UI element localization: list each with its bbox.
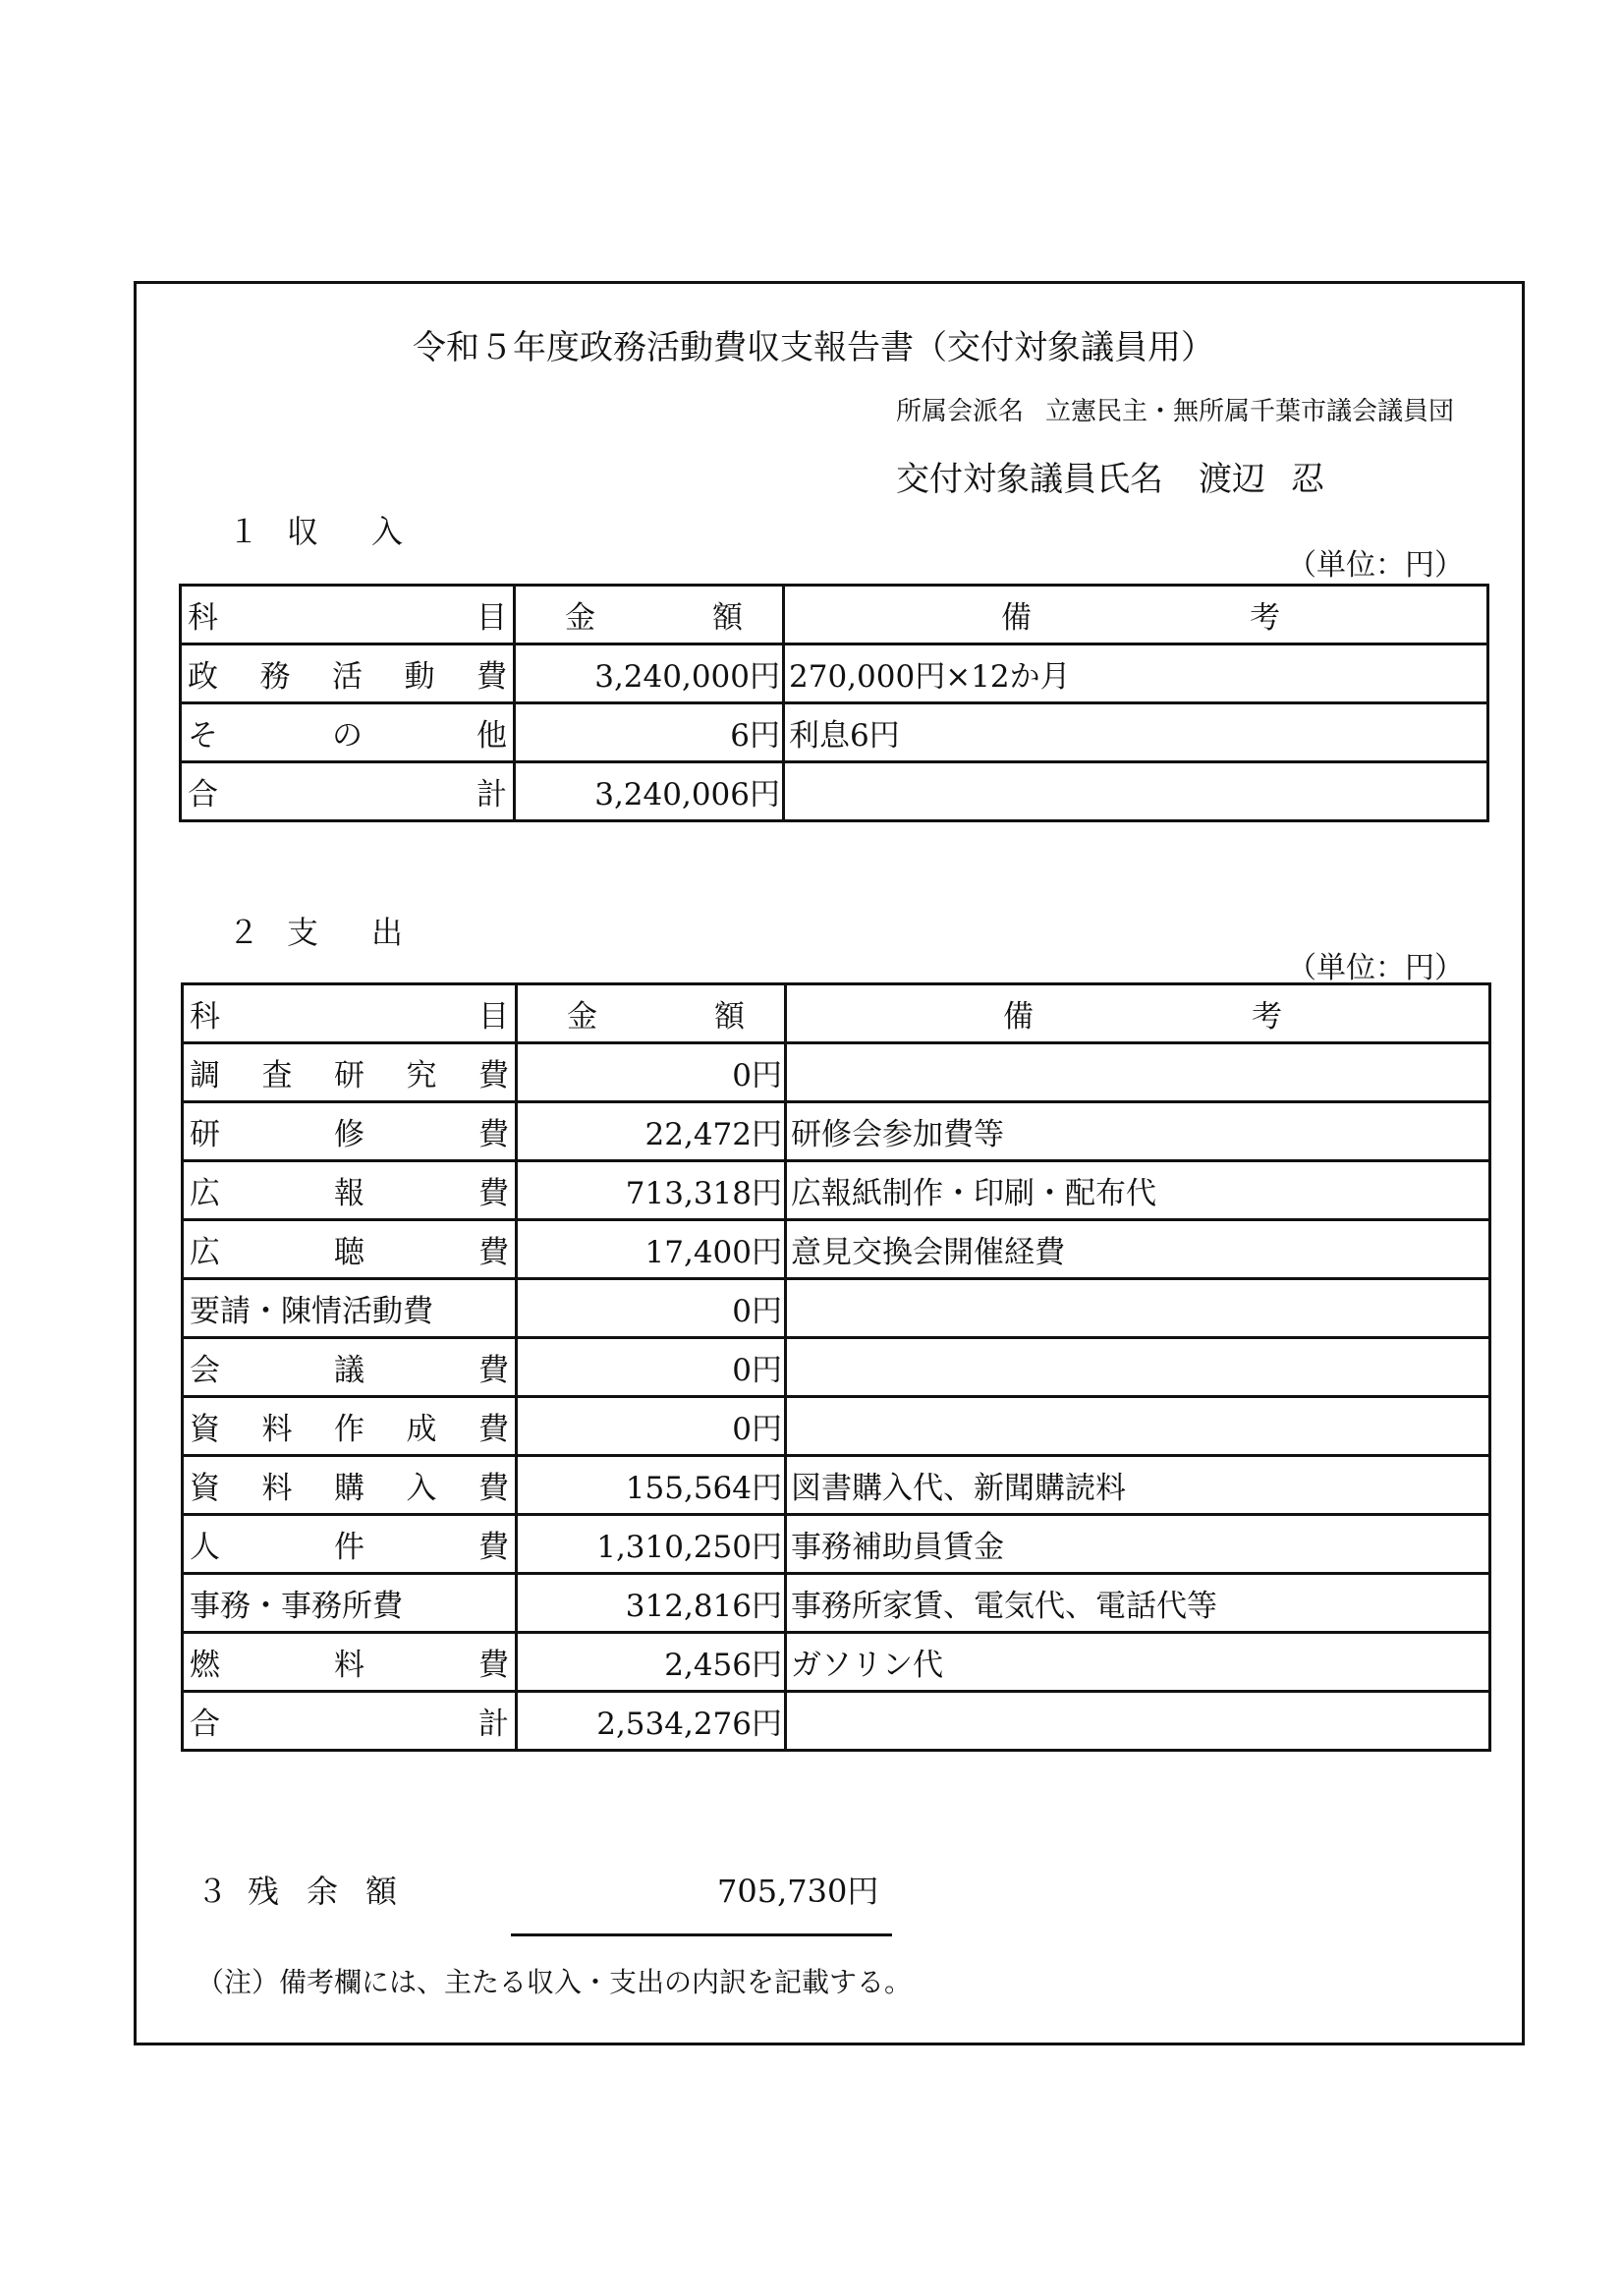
row-subject: 事務・事務所費 xyxy=(183,1574,517,1633)
subject-char: 広 xyxy=(190,1168,220,1212)
section-number: １ xyxy=(228,507,287,552)
row-remarks: 研修会参加費等 xyxy=(786,1102,1490,1161)
subject-char: 費 xyxy=(478,1522,509,1566)
table-row: 研修費22,472円研修会参加費等 xyxy=(183,1102,1490,1161)
table-row: 会議費0円 xyxy=(183,1338,1490,1397)
subject-char: 料 xyxy=(262,1404,293,1448)
heading-char: 出 xyxy=(371,908,403,953)
table-row: 広聴費17,400円意見交換会開催経費 xyxy=(183,1220,1490,1279)
subject-char: 研 xyxy=(190,1109,220,1153)
heading-char: 残 xyxy=(248,1867,307,1912)
row-amount: 1,310,250円 xyxy=(517,1515,786,1574)
row-subject: 合計 xyxy=(181,762,515,821)
row-remarks xyxy=(786,1397,1490,1456)
row-remarks: 利息6円 xyxy=(784,703,1488,762)
subject-char: 計 xyxy=(476,769,507,813)
balance-amount: 705,730円 xyxy=(717,1867,878,1912)
table-row: 燃料費2,456円ガソリン代 xyxy=(183,1633,1490,1692)
subject-char: 費 xyxy=(478,1640,509,1684)
table-row: その他6円利息6円 xyxy=(181,703,1488,762)
row-amount: 155,564円 xyxy=(517,1456,786,1515)
table-row: 人件費1,310,250円事務補助員賃金 xyxy=(183,1515,1490,1574)
subject-char: 研 xyxy=(334,1050,364,1094)
table-row: 資料作成費0円 xyxy=(183,1397,1490,1456)
subject-char: の xyxy=(332,710,363,755)
subject-char: 作 xyxy=(334,1404,364,1448)
header-char: 備 xyxy=(1001,592,1032,637)
report-title: 令和５年度政務活動費収支報告書（交付対象議員用） xyxy=(413,320,1214,368)
expense-unit-label: （単位：円） xyxy=(1287,943,1464,986)
table-row: 要請・陳情活動費0円 xyxy=(183,1279,1490,1338)
row-remarks xyxy=(786,1692,1490,1751)
table-row: 事務・事務所費312,816円事務所家賃、電気代、電話代等 xyxy=(183,1574,1490,1633)
row-subject: 会議費 xyxy=(183,1338,517,1397)
header-char: 金 xyxy=(567,991,597,1036)
subject-char: 合 xyxy=(188,769,218,813)
row-amount: 0円 xyxy=(517,1279,786,1338)
row-subject: 資料購入費 xyxy=(183,1456,517,1515)
subject-char: 入 xyxy=(407,1463,437,1507)
table-row: 政務活動費3,240,000円270,000円×12か月 xyxy=(181,644,1488,703)
row-amount: 0円 xyxy=(517,1043,786,1102)
row-amount: 3,240,006円 xyxy=(515,762,784,821)
row-subject: 合計 xyxy=(183,1692,517,1751)
row-subject: 資料作成費 xyxy=(183,1397,517,1456)
row-amount: 6円 xyxy=(515,703,784,762)
table-row: 合計2,534,276円 xyxy=(183,1692,1490,1751)
row-amount: 2,534,276円 xyxy=(517,1692,786,1751)
subject-char: 計 xyxy=(478,1699,509,1743)
heading-char: 支 xyxy=(287,908,371,953)
heading-char: 入 xyxy=(371,507,403,552)
row-remarks: ガソリン代 xyxy=(786,1633,1490,1692)
row-remarks: 広報紙制作・印刷・配布代 xyxy=(786,1161,1490,1220)
subject-char: 費 xyxy=(478,1109,509,1153)
subject-char: 費 xyxy=(478,1404,509,1448)
member-line: 交付対象議員氏名渡辺忍 xyxy=(896,452,1324,500)
subject-char: 費 xyxy=(478,1463,509,1507)
subject-char: そ xyxy=(188,710,218,755)
subject-char: 費 xyxy=(478,1227,509,1271)
subject-char: 料 xyxy=(334,1640,364,1684)
subject-char: 費 xyxy=(478,1050,509,1094)
member-label: 交付対象議員氏名 xyxy=(896,460,1163,499)
row-subject: 燃料費 xyxy=(183,1633,517,1692)
row-remarks: 事務所家賃、電気代、電話代等 xyxy=(786,1574,1490,1633)
balance-underline xyxy=(511,1933,892,1936)
header-char: 金 xyxy=(565,592,595,637)
header-remarks: 備考 xyxy=(784,586,1488,644)
row-amount: 17,400円 xyxy=(517,1220,786,1279)
header-amount: 金額 xyxy=(515,586,784,644)
row-remarks xyxy=(786,1279,1490,1338)
header-subject: 科目 xyxy=(183,984,517,1043)
header-subject: 科目 xyxy=(181,586,515,644)
row-remarks: 図書購入代、新聞購読料 xyxy=(786,1456,1490,1515)
subject-char: 聴 xyxy=(334,1227,364,1271)
balance-label: ３残余額 xyxy=(196,1867,397,1912)
header-char: 科 xyxy=(190,991,220,1036)
table-row: 広報費713,318円広報紙制作・印刷・配布代 xyxy=(183,1161,1490,1220)
header-amount: 金額 xyxy=(517,984,786,1043)
subject-char: 件 xyxy=(334,1522,364,1566)
row-amount: 3,240,000円 xyxy=(515,644,784,703)
header-char: 考 xyxy=(1252,991,1282,1036)
subject-char: 修 xyxy=(334,1109,364,1153)
heading-char: 額 xyxy=(365,1867,397,1912)
row-subject: 広報費 xyxy=(183,1161,517,1220)
subject-char: 動 xyxy=(405,651,435,696)
row-remarks: 意見交換会開催経費 xyxy=(786,1220,1490,1279)
row-subject: 調査研究費 xyxy=(183,1043,517,1102)
row-subject: 人件費 xyxy=(183,1515,517,1574)
subject-char: 政 xyxy=(188,651,218,696)
member-surname: 渡辺 xyxy=(1199,460,1265,499)
expense-table: 科目金額備考調査研究費0円研修費22,472円研修会参加費等広報費713,318… xyxy=(181,982,1491,1752)
subject-char: 議 xyxy=(334,1345,364,1389)
subject-char: 合 xyxy=(190,1699,220,1743)
row-amount: 22,472円 xyxy=(517,1102,786,1161)
subject-char: 査 xyxy=(262,1050,293,1094)
row-amount: 0円 xyxy=(517,1338,786,1397)
subject-char: 費 xyxy=(476,651,507,696)
subject-char: 務 xyxy=(260,651,291,696)
section-number: ２ xyxy=(228,908,287,953)
row-remarks xyxy=(786,1043,1490,1102)
subject-char: 費 xyxy=(478,1168,509,1212)
heading-char: 余 xyxy=(307,1867,365,1912)
subject-text: 事務・事務所費 xyxy=(190,1581,403,1625)
row-amount: 312,816円 xyxy=(517,1574,786,1633)
table-row: 調査研究費0円 xyxy=(183,1043,1490,1102)
income-unit-label: （単位：円） xyxy=(1287,540,1464,584)
affiliation-line: 所属会派名立憲民主・無所属千葉市議会議員団 xyxy=(896,391,1454,427)
header-char: 科 xyxy=(188,592,218,637)
affiliation-value: 立憲民主・無所属千葉市議会議員団 xyxy=(1045,397,1454,426)
subject-char: 究 xyxy=(407,1050,437,1094)
header-remarks: 備考 xyxy=(786,984,1490,1043)
header-char: 目 xyxy=(476,592,507,637)
member-given-name: 忍 xyxy=(1291,460,1324,499)
table-header-row: 科目金額備考 xyxy=(183,984,1490,1043)
row-subject: その他 xyxy=(181,703,515,762)
subject-char: 購 xyxy=(334,1463,364,1507)
income-section-heading: １収入 xyxy=(228,507,403,552)
footnote: （注）備考欄には、主たる収入・支出の内訳を記載する。 xyxy=(196,1961,912,2000)
row-amount: 2,456円 xyxy=(517,1633,786,1692)
expense-section-heading: ２支出 xyxy=(228,908,403,953)
subject-char: 報 xyxy=(334,1168,364,1212)
subject-char: 成 xyxy=(407,1404,437,1448)
subject-char: 資 xyxy=(190,1404,220,1448)
header-char: 額 xyxy=(714,991,745,1036)
subject-char: 人 xyxy=(190,1522,220,1566)
row-subject: 要請・陳情活動費 xyxy=(183,1279,517,1338)
row-remarks xyxy=(784,762,1488,821)
header-char: 額 xyxy=(712,592,743,637)
subject-char: 会 xyxy=(190,1345,220,1389)
subject-char: 広 xyxy=(190,1227,220,1271)
row-amount: 713,318円 xyxy=(517,1161,786,1220)
subject-char: 燃 xyxy=(190,1640,220,1684)
row-subject: 研修費 xyxy=(183,1102,517,1161)
row-remarks: 事務補助員賃金 xyxy=(786,1515,1490,1574)
subject-char: 費 xyxy=(478,1345,509,1389)
row-subject: 政務活動費 xyxy=(181,644,515,703)
subject-char: 活 xyxy=(332,651,363,696)
row-remarks: 270,000円×12か月 xyxy=(784,644,1488,703)
subject-text: 要請・陳情活動費 xyxy=(190,1286,433,1330)
row-amount: 0円 xyxy=(517,1397,786,1456)
table-header-row: 科目金額備考 xyxy=(181,586,1488,644)
table-row: 資料購入費155,564円図書購入代、新聞購読料 xyxy=(183,1456,1490,1515)
subject-char: 他 xyxy=(476,710,507,755)
heading-char: 収 xyxy=(287,507,371,552)
table-row: 合計3,240,006円 xyxy=(181,762,1488,821)
subject-char: 資 xyxy=(190,1463,220,1507)
header-char: 目 xyxy=(478,991,509,1036)
affiliation-label: 所属会派名 xyxy=(896,397,1024,426)
row-subject: 広聴費 xyxy=(183,1220,517,1279)
subject-char: 調 xyxy=(190,1050,220,1094)
header-char: 考 xyxy=(1250,592,1280,637)
income-table: 科目金額備考政務活動費3,240,000円270,000円×12か月その他6円利… xyxy=(179,584,1489,822)
subject-char: 料 xyxy=(262,1463,293,1507)
header-char: 備 xyxy=(1003,991,1034,1036)
row-remarks xyxy=(786,1338,1490,1397)
section-number: ３ xyxy=(196,1867,248,1912)
